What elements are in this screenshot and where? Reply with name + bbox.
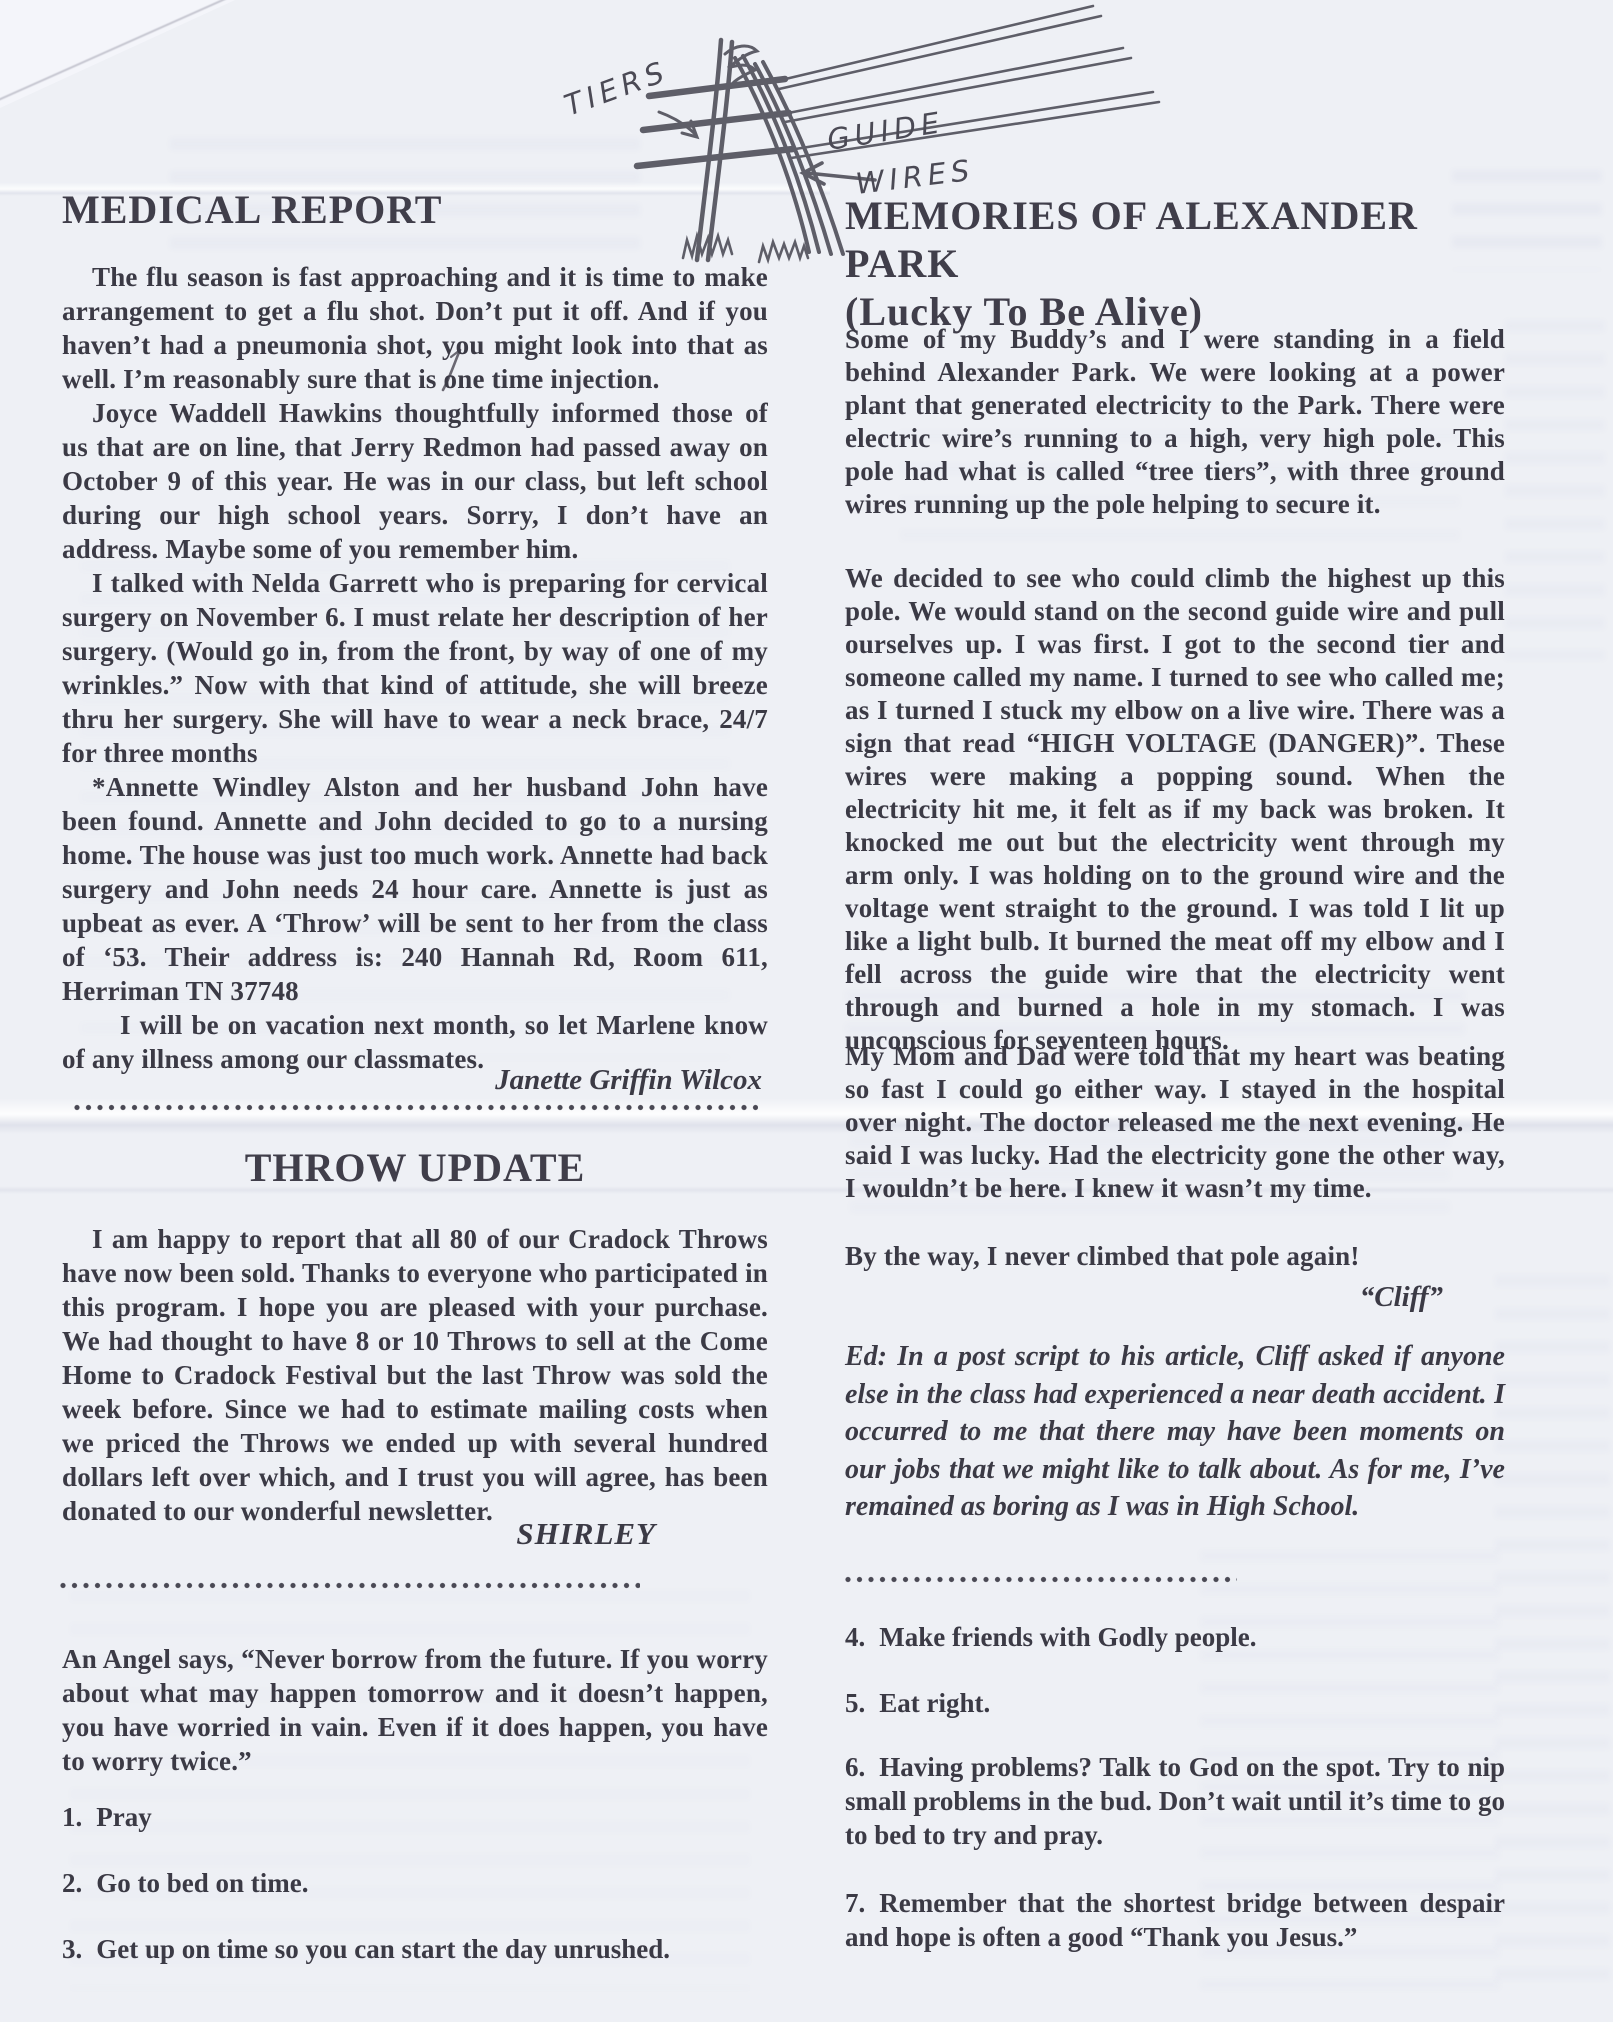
list-item-text: Pray <box>96 1802 151 1832</box>
grass-scribble <box>759 242 808 262</box>
list-item-number: 7. <box>845 1888 865 1918</box>
memories-paragraph: By the way, I never climbed that pole ag… <box>845 1240 1505 1273</box>
memories-paragraph: My Mom and Dad were told that my heart w… <box>845 1040 1505 1205</box>
corner-fold <box>0 0 235 108</box>
dotted-separator <box>60 1582 640 1589</box>
medical-report-signature: Janette Griffin Wilcox <box>62 1064 762 1097</box>
list-item-text: Remember that the shortest bridge betwee… <box>845 1888 1505 1952</box>
power-wire <box>779 16 1101 89</box>
list-item-number: 2. <box>62 1868 82 1898</box>
dotted-separator <box>845 1576 1237 1583</box>
memories-paragraph: Some of my Buddy’s and I were standing i… <box>845 323 1505 521</box>
list-item: 3.Get up on time so you can start the da… <box>62 1932 768 1966</box>
memories-heading-line1: MEMORIES OF ALEXANDER PARK <box>845 192 1525 288</box>
guide-handwritten-label: GUIDE <box>825 105 947 157</box>
dotted-separator <box>74 1104 758 1111</box>
list-item: 4.Make friends with Godly people. <box>845 1620 1505 1654</box>
medical-paragraph: *Annette Windley Alston and her husband … <box>62 770 768 1008</box>
list-item-text: Eat right. <box>879 1688 990 1718</box>
list-item-number: 6. <box>845 1752 865 1782</box>
throw-update-body: I am happy to report that all 80 of our … <box>62 1222 768 1528</box>
list-item-number: 3. <box>62 1934 82 1964</box>
editor-note: Ed: In a post script to his article, Cli… <box>845 1338 1505 1526</box>
list-item: 6.Having problems? Talk to God on the sp… <box>845 1750 1505 1852</box>
list-item-number: 1. <box>62 1802 82 1832</box>
list-item-text: Get up on time so you can start the day … <box>96 1934 670 1964</box>
bleed-through-smudge <box>1495 1275 1610 1985</box>
list-item-text: Make friends with Godly people. <box>879 1622 1256 1652</box>
pole-line <box>697 40 721 260</box>
list-item: 7.Remember that the shortest bridge betw… <box>845 1886 1505 1954</box>
medical-paragraph: The flu season is fast approaching and i… <box>62 260 768 396</box>
medical-report-body: The flu season is fast approaching and i… <box>62 260 768 1076</box>
signature-text: SHIRLEY <box>516 1516 768 1551</box>
list-item-text: Go to bed on time. <box>96 1868 308 1898</box>
power-wire <box>777 6 1093 81</box>
medical-paragraph: Joyce Waddell Hawkins thoughtfully infor… <box>62 396 768 566</box>
scanned-newsletter-page: TIERS GUIDE WIRES MEDICAL REPORT The flu… <box>0 0 1613 2022</box>
bleed-through-smudge <box>1505 320 1605 660</box>
tiers-handwritten-label: TIERS <box>560 54 673 123</box>
tier-bar <box>637 149 793 166</box>
list-item: 2.Go to bed on time. <box>62 1866 768 1900</box>
memories-paragraph: We decided to see who could climb the hi… <box>845 562 1505 1057</box>
memories-heading: MEMORIES OF ALEXANDER PARK (Lucky To Be … <box>845 192 1525 336</box>
list-item-number: 4. <box>845 1622 865 1652</box>
angel-quote: An Angel says, “Never borrow from the fu… <box>62 1642 768 1778</box>
memories-signature: “Cliff” <box>1360 1281 1505 1313</box>
list-item-number: 5. <box>845 1688 865 1718</box>
throw-update-signature: SHIRLEY <box>62 1516 768 1552</box>
throw-update-heading: THROW UPDATE <box>62 1144 768 1191</box>
list-item: 1.Pray <box>62 1800 768 1834</box>
medical-paragraph: I talked with Nelda Garrett who is prepa… <box>62 566 768 770</box>
list-item: 5.Eat right. <box>845 1686 1505 1720</box>
throw-paragraph: I am happy to report that all 80 of our … <box>62 1222 768 1528</box>
medical-report-heading: MEDICAL REPORT <box>62 186 442 233</box>
list-item-text: Having problems? Talk to God on the spot… <box>845 1752 1505 1850</box>
